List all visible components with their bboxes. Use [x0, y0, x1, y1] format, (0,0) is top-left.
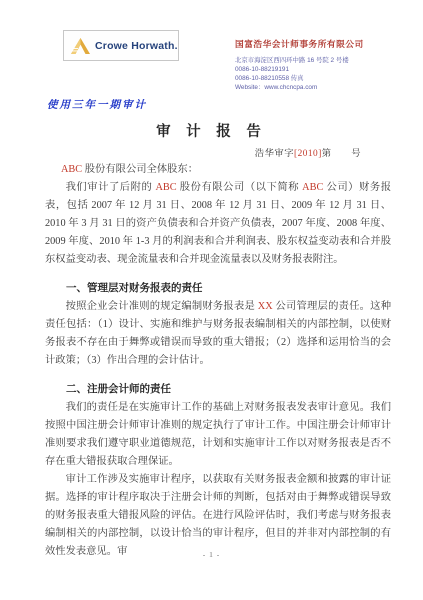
page-number: - 1 - — [0, 550, 423, 559]
body-text-segment: 我们审计了后附的 — [66, 182, 156, 193]
firm-contact-block: 国富浩华会计师事务所有限公司 北京市海淀区西四环中路 16 号院 2 号楼 00… — [235, 38, 400, 92]
report-body: ABC 股份有限公司全体股东： 我们审计了后附的 ABC 股份有限公司（以下简称… — [45, 161, 391, 561]
highlighted-text: XX — [258, 301, 273, 312]
firm-website: Website：www.chcncpa.com — [235, 83, 400, 92]
body-text-segment: 浩华审字 — [255, 149, 294, 159]
salutation: ABC 股份有限公司全体股东： — [45, 161, 391, 179]
body-text-segment: 股份有限公司（以下简称 — [177, 182, 303, 193]
firm-fax: 0086-10-88210558 传真 — [235, 74, 400, 83]
brand-name: Crowe Horwath. — [95, 40, 178, 52]
reference-number: 浩华审字[2010]第 号 — [255, 145, 361, 159]
body-text-segment: 按照企业会计准则的规定编制财务报表是 — [66, 301, 258, 312]
highlighted-text: ABC — [61, 164, 82, 175]
section-heading-cpa: 二、注册会计师的责任 — [45, 381, 391, 399]
body-text-segment: 第 号 — [322, 149, 361, 159]
paragraph-management-responsibility: 按照企业会计准则的规定编制财务报表是 XX 公司管理层的责任。这种责任包括：（1… — [45, 298, 391, 370]
audit-type-note: 使用三年一期审计 — [47, 97, 147, 112]
firm-phone: 0086-10-88219191 — [235, 65, 400, 74]
body-text-segment: 我们的责任是在实施审计工作的基础上对财务报表发表审计意见。我们按照中国注册会计师… — [45, 402, 391, 467]
gold-peak-icon — [71, 38, 90, 54]
highlighted-text: ABC — [302, 182, 323, 193]
firm-name: 国富浩华会计师事务所有限公司 — [235, 38, 400, 50]
highlighted-text: ABC — [155, 182, 176, 193]
crowe-horwath-logo-box: Crowe Horwath. — [63, 30, 179, 61]
paragraph-audit-procedures: 审计工作涉及实施审计程序，以获取有关财务报表金额和披露的审计证据。选择的审计程序… — [45, 471, 391, 561]
firm-address: 北京市海淀区西四环中路 16 号院 2 号楼 — [235, 56, 400, 65]
highlighted-text: [2010] — [294, 149, 322, 159]
body-text-segment: 审计工作涉及实施审计程序，以获取有关财务报表金额和披露的审计证据。选择的审计程序… — [45, 474, 391, 557]
body-text-segment: 股份有限公司全体股东： — [82, 164, 198, 175]
paragraph-scope: 我们审计了后附的 ABC 股份有限公司（以下简称 ABC 公司）财务报表，包括 … — [45, 179, 391, 269]
report-title: 审 计 报 告 — [0, 120, 423, 141]
section-heading-management: 一、管理层对财务报表的责任 — [45, 280, 391, 298]
body-text-segment: 公司）财务报表，包括 2007 年 12 月 31 日、2008 年 12 月 … — [45, 182, 391, 265]
paragraph-cpa-responsibility: 我们的责任是在实施审计工作的基础上对财务报表发表审计意见。我们按照中国注册会计师… — [45, 399, 391, 471]
audit-report-page: Crowe Horwath. 国富浩华会计师事务所有限公司 北京市海淀区西四环中… — [0, 0, 423, 600]
